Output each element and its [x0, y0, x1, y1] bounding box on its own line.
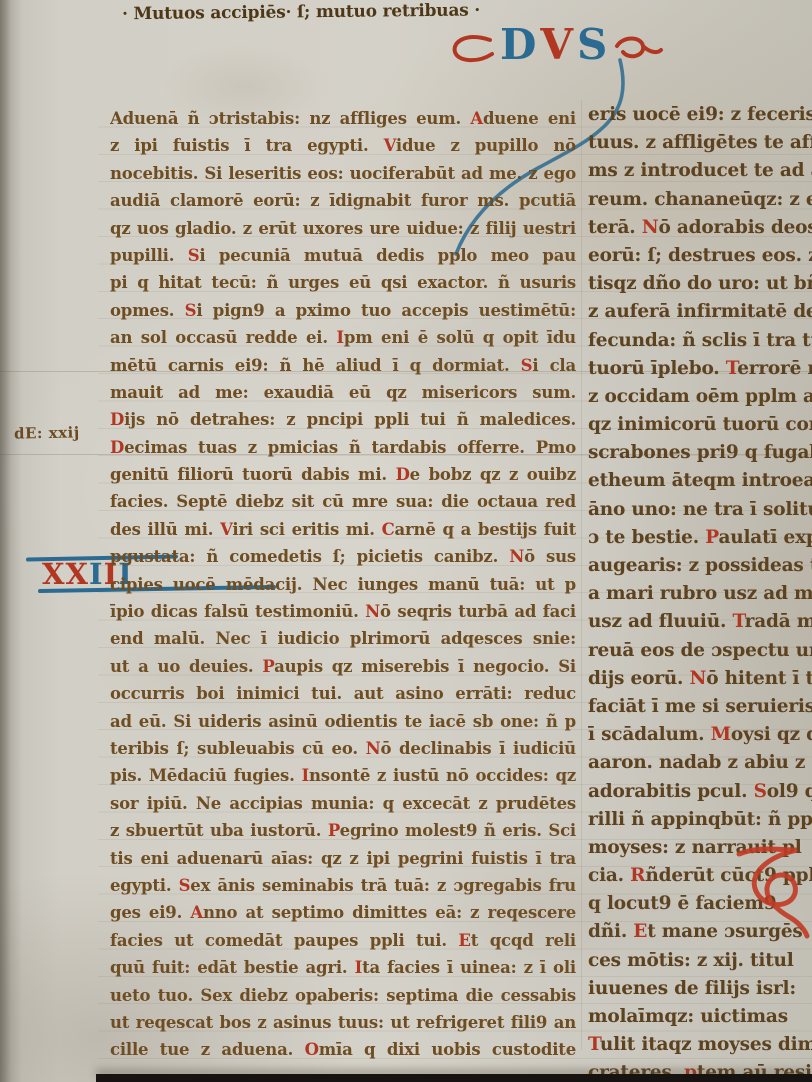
text-line: ueto tuo. Sex diebz opaberis: septima di…: [110, 982, 576, 1009]
text-line: usz ad fluuiū. Tradā ma: [588, 608, 812, 636]
text-column-right: eris uocē ei9: z feceris oīa q ltuus. z …: [588, 101, 812, 1082]
chapter-numeral-letter: X: [42, 557, 66, 591]
text-line: ad eū. Si uideris asinū odientis te iacē…: [110, 708, 576, 735]
text-line: facies ut comedāt paupes ppli tui. Et qc…: [110, 927, 576, 954]
rubricated-initial: A: [470, 109, 483, 128]
text-line: eris uocē ei9: z feceris oīa q l: [588, 101, 812, 129]
text-line: scrabones pri9 q fugabūt: [588, 439, 812, 467]
text-line: Decimas tuas z pmicias ñ tardabis offerr…: [110, 434, 576, 461]
rubricated-initial: N: [642, 217, 659, 238]
text-line: adorabitis pcul. Sol9 q: [588, 778, 812, 806]
photo-bottom-edge: [96, 1074, 812, 1082]
text-line: z auferā infirmitatē de: [588, 298, 812, 326]
text-line: genitū filiorū tuorū dabis mi. De bobz q…: [110, 461, 576, 488]
text-line: z sbuertūt uba iustorū. Pegrino molest9 …: [110, 817, 576, 844]
text-line: opmes. Si pign9 a pximo tuo accepis uest…: [110, 297, 576, 324]
text-line: Tulit itaqz moyses dim: [588, 1031, 812, 1059]
rubricated-initial: C: [382, 520, 395, 539]
text-line: etheum āteqm introeas.: [588, 467, 812, 495]
header-gloss: · Mutuos accipiēs· ſ; mutuo retribuas ·: [122, 0, 542, 24]
text-line: tisqz dño do uro: ut bñdi: [588, 270, 812, 298]
text-line: pi q hitat tecū: ñ urges eū qsi exactor.…: [110, 269, 576, 296]
rubricated-initial: N: [509, 547, 524, 566]
text-line: end malū. Nec ī iudicio plrimorū adqesce…: [110, 625, 576, 652]
rubricated-initial: S: [521, 356, 533, 375]
rubricated-initial: E: [458, 931, 470, 950]
text-column-left: Aduenā ñ ɔtristabis: nz affliges eum. Ad…: [110, 105, 576, 1067]
text-line: fecunda: ñ sclis ī tra tua.: [588, 327, 812, 355]
rubricated-initial: S: [179, 876, 191, 895]
text-line: iuuenes de filijs isrl:: [588, 975, 812, 1003]
rubricated-initial: S: [185, 301, 197, 320]
rubricated-initial: T: [732, 611, 744, 632]
text-line: rilli ñ appinqbūt: ñ pp: [588, 806, 812, 834]
text-line: dijs eorū. Nō hitent ī tr: [588, 665, 812, 693]
chapter-numeral-letter: I: [89, 557, 104, 591]
text-line: terā. Nō adorabis deos eorū: n: [588, 214, 812, 242]
text-line: faciāt ī me si seruieris: [588, 693, 812, 721]
running-title-letter: D: [500, 22, 536, 68]
rubricated-initial: T: [726, 358, 737, 379]
running-title-letter: V: [540, 22, 573, 68]
text-line: moyses: z narrauit pl: [588, 834, 812, 862]
margin-note: dE: xxij: [14, 423, 80, 442]
text-line: molaīmqz: uictimas: [588, 1003, 812, 1031]
text-line: Aduenā ñ ɔtristabis: nz affliges eum. Ad…: [110, 105, 576, 132]
rubricated-initial: I: [301, 766, 309, 785]
text-line: audiā clamorē eorū: z īdignabit furor ms…: [110, 187, 576, 214]
text-line: eorū: ſ; destrues eos. z ɔfrī: [588, 242, 812, 270]
rubricated-initial: A: [190, 903, 203, 922]
text-line: mētū carnis ei9: ñ hē aliud ī q dormiat.…: [110, 352, 576, 379]
text-line: egypti. Sex ānis seminabis trā tuā: z ɔg…: [110, 872, 576, 899]
text-line: a mari rubro usz ad ma: [588, 580, 812, 608]
column-gutter-line: [581, 100, 582, 1050]
text-line: des illū mi. Viri sci eritis mi. Carnē q…: [110, 516, 576, 543]
page-edge-shadow: [0, 0, 22, 1082]
text-line: tis eni aduenarū aīas: qz z ipi pegrini …: [110, 845, 576, 872]
rubricated-initial: T: [588, 1034, 600, 1055]
text-line: ges ei9. Anno at septimo dimittes eā: z …: [110, 899, 576, 926]
text-line: ut reqescat bos z asinus tuus: ut refrig…: [110, 1009, 576, 1036]
rubricated-initial: D: [396, 465, 410, 484]
text-line: sor ipiū. Ne accipias munia: q excecāt z…: [110, 790, 576, 817]
rubricated-initial: N: [366, 739, 381, 758]
rubricated-initial: M: [711, 724, 731, 745]
text-line: dñi. Et mane ɔsurgēs: [588, 918, 812, 946]
rubricated-initial: V: [220, 520, 232, 539]
text-line: tuus. z affligētes te affliga: [588, 129, 812, 157]
text-line: qz uos gladio. z erūt uxores ure uidue: …: [110, 215, 576, 242]
running-title: DVS: [448, 22, 665, 68]
text-line: ɔ te bestie. Paulatī expel: [588, 524, 812, 552]
rubricated-initial: O: [305, 1040, 319, 1059]
text-line: z ipi fuistis ī tra egypti. Vidue z pupi…: [110, 132, 576, 159]
running-title-letters: DVS: [500, 22, 607, 68]
text-line: z occidam oēm pplm a: [588, 383, 812, 411]
rubricated-initial: D: [110, 410, 124, 429]
text-line: āno uno: ne tra ī solitu: [588, 496, 812, 524]
rubricated-initial: S: [188, 246, 200, 265]
rubricated-initial: N: [690, 668, 707, 689]
text-line: cia. Rñderūt cūct9 ppl: [588, 862, 812, 890]
text-line: reuā eos de ɔspectu uro.: [588, 637, 812, 665]
text-line: ms z introducet te ad am: [588, 157, 812, 185]
rubricated-initial: S: [754, 781, 767, 802]
text-line: augearis: z possideas trā: [588, 552, 812, 580]
rubricated-initial: N: [365, 602, 380, 621]
text-line: ces mōtis: z xij. titul: [588, 947, 812, 975]
text-line: Dijs nō detrahes: z pncipi ppli tui ñ ma…: [110, 406, 576, 433]
text-line: cipies uocē mēdacij. Nec iunges manū tuā…: [110, 571, 576, 598]
text-line: an sol occasū redde ei. Ipm eni ē solū q…: [110, 324, 576, 351]
text-line: pis. Mēdaciū fugies. Insontē z iustū nō …: [110, 762, 576, 789]
rubricated-initial: I: [355, 958, 363, 977]
rubricated-initial: D: [110, 438, 124, 457]
rubricated-initial: R: [630, 865, 645, 886]
rubricated-initial: I: [336, 328, 344, 347]
text-line: mauit ad me: exaudiā eū qz misericors su…: [110, 379, 576, 406]
rubricated-initial: V: [384, 136, 396, 155]
text-line: teribis ſ; subleuabis cū eo. Nō declinab…: [110, 735, 576, 762]
text-line: q locut9 ē faciem9: [588, 890, 812, 918]
text-line: reum. chananeūqz: z eu: [588, 186, 812, 214]
text-line: qz inimicorū tuorū corā: [588, 411, 812, 439]
text-line: pgustata: ñ comedetis ſ; picietis canibz…: [110, 543, 576, 570]
pen-flourish-icon: [613, 32, 665, 68]
pen-flourish-icon: [448, 32, 494, 66]
running-title-letter: S: [577, 22, 607, 68]
text-line: facies. Septē diebz sit cū mre sua: die …: [110, 488, 576, 515]
chapter-numeral-letter: X: [66, 557, 90, 591]
text-line: ī scādalum. Moysi qz d: [588, 721, 812, 749]
text-line: ut a uo deuies. Paupis qz miserebis ī ne…: [110, 653, 576, 680]
rubricated-initial: P: [328, 821, 340, 840]
text-line: cille tue z aduena. Omīa q dixi uobis cu…: [110, 1036, 576, 1063]
text-line: aaron. nadab z abiu z: [588, 749, 812, 777]
text-line: tuorū īplebo. Terrorē m: [588, 355, 812, 383]
text-line: occurris boi inimici tui. aut asino errā…: [110, 680, 576, 707]
text-line: quū fuit: edāt bestie agri. Ita facies ī…: [110, 954, 576, 981]
rubricated-initial: P: [705, 527, 718, 548]
text-line: nocebitis. Si leseritis eos: uociferabūt…: [110, 160, 576, 187]
rubricated-initial: E: [633, 921, 647, 942]
rubricated-initial: P: [262, 657, 274, 676]
text-line: pupilli. Si pecuniā mutuā dedis pplo meo…: [110, 242, 576, 269]
manuscript-page-photo: · Mutuos accipiēs· ſ; mutuo retribuas · …: [0, 0, 812, 1082]
text-line: īpio dicas falsū testimoniū. Nō seqris t…: [110, 598, 576, 625]
